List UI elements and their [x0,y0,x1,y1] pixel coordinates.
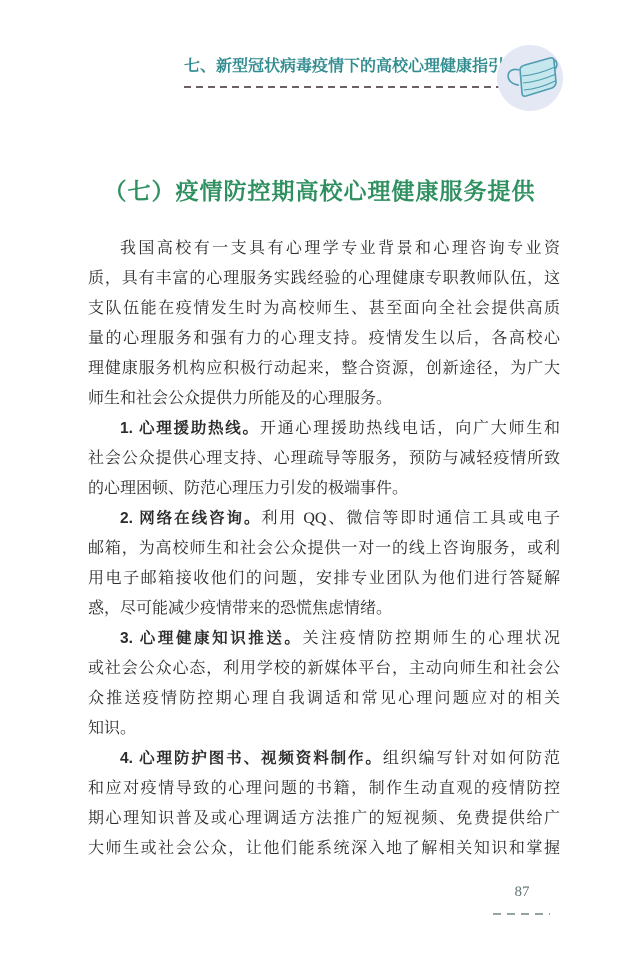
text-line: 量的心理服务和强有力的心理支持。疫情发生以后，各高校心 [88,324,560,354]
paragraph: 我国高校有一支具有心理学专业背景和心理咨询专业资 质，具有丰富的心理服务实践经验… [88,234,560,414]
text-line: 的心理困顿、防范心理压力引发的极端事件。 [88,474,560,504]
page-number: 87 [492,884,552,901]
item-lead: 2. 网络在线咨询。 [120,510,261,527]
text-line: 4. 心理防护图书、视频资料制作。组织编写针对如何防范 [88,744,560,774]
text-line: 师生和社会公众提供力所能及的心理服务。 [88,384,560,414]
text-line: 我国高校有一支具有心理学专业背景和心理咨询专业资 [88,234,560,264]
footer-dashed-rule [493,913,550,915]
text-line: 知识。 [88,714,560,744]
text-line: 和应对疫情导致的心理问题的书籍，制作生动直观的疫情防控 [88,774,560,804]
item-lead: 1. 心理援助热线。 [120,420,260,437]
text-line: 社会公众提供心理支持、心理疏导等服务，预防与减轻疫情所致 [88,444,560,474]
text-line: 支队伍能在疫情发生时为高校师生、甚至面向全社会提供高质 [88,294,560,324]
item-lead: 4. 心理防护图书、视频资料制作。 [120,750,383,767]
running-header: 七、新型冠状病毒疫情下的高校心理健康指引 [184,57,508,88]
text-line: 邮箱，为高校师生和社会公众提供一对一的线上咨询服务，或利 [88,534,560,564]
document-page: 七、新型冠状病毒疫情下的高校心理健康指引 （七）疫情防控期高校心理健康服务提供 … [0,0,639,959]
face-mask-icon [496,44,564,112]
text-line: 1. 心理援助热线。开通心理援助热线电话，向广大师生和 [88,414,560,444]
text-line: 理健康服务机构应积极行动起来，整合资源，创新途径，为广大 [88,354,560,384]
paragraph: 3. 心理健康知识推送。关注疫情防控期师生的心理状况 或社会公众心态，利用学校的… [88,624,560,744]
running-header-title: 七、新型冠状病毒疫情下的高校心理健康指引 [184,57,508,77]
paragraph: 4. 心理防护图书、视频资料制作。组织编写针对如何防范 和应对疫情导致的心理问题… [88,744,560,864]
text-line: 惑，尽可能减少疫情带来的恐慌焦虑情绪。 [88,594,560,624]
text-line: 2. 网络在线咨询。利用 QQ、微信等即时通信工具或电子 [88,504,560,534]
paragraph: 1. 心理援助热线。开通心理援助热线电话，向广大师生和 社会公众提供心理支持、心… [88,414,560,504]
text-line: 众推送疫情防控期心理自我调适和常见心理问题应对的相关 [88,684,560,714]
text-line: 大师生或社会公众，让他们能系统深入地了解相关知识和掌握 [88,834,560,864]
item-lead: 3. 心理健康知识推送。 [120,630,303,647]
body-text: 我国高校有一支具有心理学专业背景和心理咨询专业资 质，具有丰富的心理服务实践经验… [88,234,560,864]
header-dashed-rule [184,86,506,88]
text-line: 或社会公众心态，利用学校的新媒体平台，主动向师生和社会公 [88,654,560,684]
text-line: 3. 心理健康知识推送。关注疫情防控期师生的心理状况 [88,624,560,654]
text-line: 用电子邮箱接收他们的问题，安排专业团队为他们进行答疑解 [88,564,560,594]
section-title: （七）疫情防控期高校心理健康服务提供 [0,176,639,208]
text-line: 期心理知识普及或心理调适方法推广的短视频、免费提供给广 [88,804,560,834]
paragraph: 2. 网络在线咨询。利用 QQ、微信等即时通信工具或电子 邮箱，为高校师生和社会… [88,504,560,624]
text-line: 质，具有丰富的心理服务实践经验的心理健康专职教师队伍，这 [88,264,560,294]
